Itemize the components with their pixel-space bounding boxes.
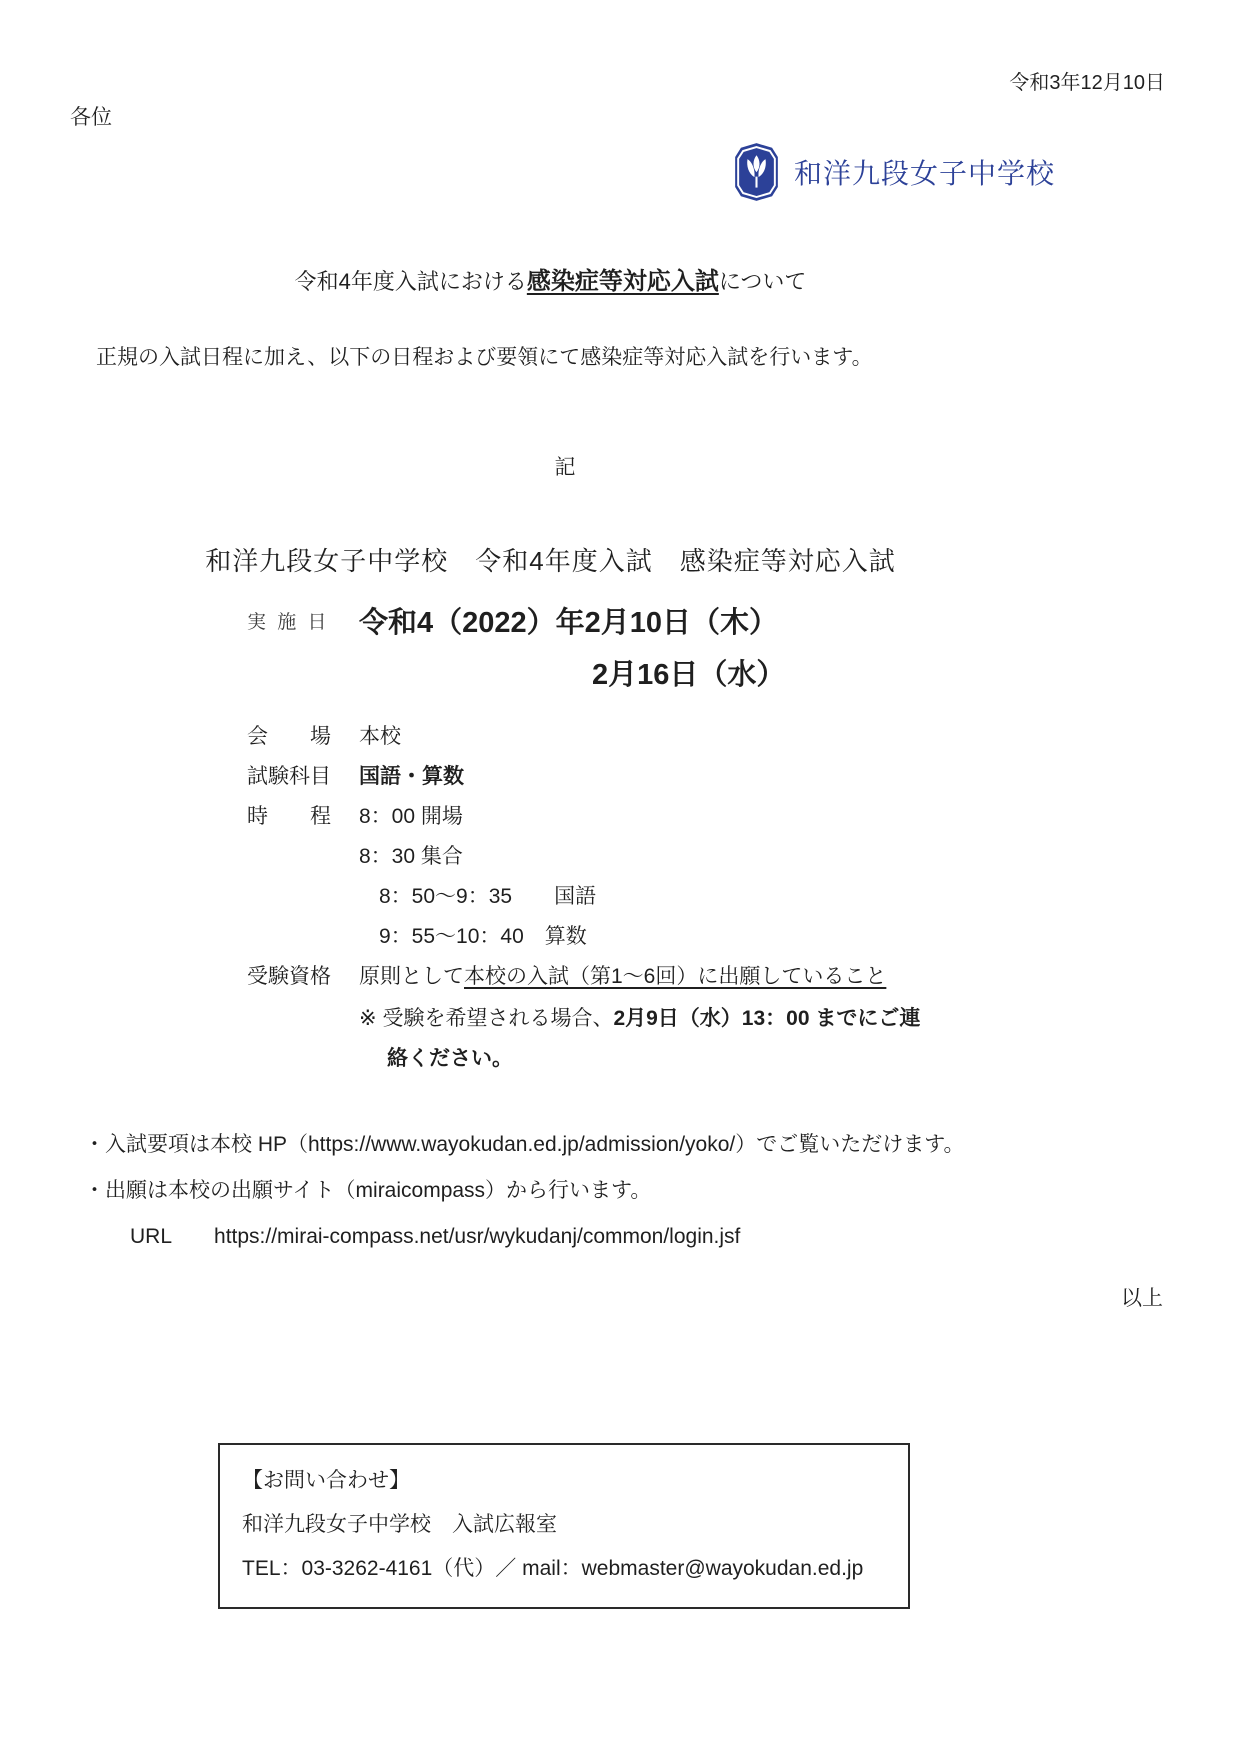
document-date: 令和3年12月10日 (1009, 66, 1165, 95)
subjects-row: 試験科目 国語・算数 (247, 757, 920, 797)
schedule-label-spacer (247, 837, 343, 877)
schedule-row: 9：55～10：40 算数 (247, 917, 920, 957)
tulip-crest-icon (733, 142, 780, 202)
footer-notes: ・入試要項は本校 HP（https://www.wayokudan.ed.jp/… (84, 1122, 965, 1260)
note-line-1: ※ 受験を希望される場合、2月9日（水）13：00 までにご連 (359, 999, 920, 1039)
closing-ijou: 以上 (1121, 1282, 1163, 1312)
exam-date-value-1: 令和4（2022）年2月10日（木） (359, 605, 778, 641)
url-value: https://mirai-compass.net/usr/wykudanj/c… (214, 1214, 740, 1260)
note-line-2: 絡ください。 (387, 1039, 920, 1079)
school-name: 和洋九段女子中学校 (794, 152, 1055, 192)
note-marker: ※ (359, 1007, 377, 1030)
qualification-label: 受験資格 (247, 957, 343, 997)
document-page: 令和3年12月10日 各位 和洋九段女子中学校 令和4年度入試における感染症等対… (0, 0, 1241, 1755)
subjects-label: 試験科目 (247, 757, 343, 797)
schedule-label-spacer (247, 877, 343, 917)
school-logo: 和洋九段女子中学校 (733, 142, 1055, 202)
url-label: URL (130, 1214, 172, 1260)
schedule-row: 時 程 8：00 開場 (247, 797, 920, 837)
schedule-label: 時 程 (247, 797, 343, 837)
qualification-underlined: 本校の入試（第1～6回）に出願していること (464, 965, 886, 988)
url-line: URL https://mirai-compass.net/usr/wykuda… (130, 1214, 965, 1260)
exam-date-value-2: 2月16日（水） (592, 657, 920, 693)
schedule-item: 9：55～10：40 算数 (379, 917, 587, 957)
contact-box: 【お問い合わせ】 和洋九段女子中学校 入試広報室 TEL：03-3262-416… (218, 1443, 910, 1609)
intro-paragraph: 正規の入試日程に加え、以下の日程および要領にて感染症等対応入試を行います。 (84, 341, 873, 371)
schedule-row: 8：30 集合 (247, 837, 920, 877)
exam-heading: 和洋九段女子中学校 令和4年度入試 感染症等対応入試 (0, 541, 1241, 578)
qualification-value: 原則として本校の入試（第1～6回）に出願していること (359, 957, 886, 997)
exam-date-row: 実 施 日 令和4（2022）年2月10日（木） (247, 603, 920, 643)
ki-marker: 記 (0, 451, 1130, 481)
venue-value: 本校 (359, 717, 401, 757)
title-suffix: について (719, 269, 807, 294)
schedule-item: 8：00 開場 (359, 797, 463, 837)
qualification-prefix: 原則として (359, 965, 464, 988)
subjects-value: 国語・算数 (359, 757, 464, 797)
schedule-item: 8：50～9：35 国語 (379, 877, 596, 917)
recipient-line: 各位 (70, 101, 112, 131)
schedule-item: 8：30 集合 (359, 837, 463, 877)
title-prefix: 令和4年度入試における (295, 269, 527, 294)
schedule-row: 8：50～9：35 国語 (247, 877, 920, 917)
footer-note-item: ・出願は本校の出願サイト（miraicompass）から行います。 (84, 1168, 965, 1214)
note-normal-text: 受験を希望される場合、 (377, 1007, 614, 1030)
qualification-row: 受験資格 原則として本校の入試（第1～6回）に出願していること (247, 957, 920, 997)
contact-department: 和洋九段女子中学校 入試広報室 (242, 1503, 886, 1547)
title-emphasis: 感染症等対応入試 (527, 268, 719, 295)
schedule-label-spacer (247, 917, 343, 957)
exam-details: 実 施 日 令和4（2022）年2月10日（木） 2月16日（水） 会 場 本校… (247, 603, 920, 1079)
venue-label: 会 場 (247, 717, 343, 757)
note-bold-text: 2月9日（水）13：00 までにご連 (613, 1007, 920, 1030)
document-title: 令和4年度入試における感染症等対応入試について (0, 261, 1241, 296)
contact-tel-mail: TEL：03-3262-4161（代）／ mail：webmaster@wayo… (242, 1547, 886, 1591)
venue-row: 会 場 本校 (247, 717, 920, 757)
exam-date-label: 実 施 日 (247, 603, 343, 643)
contact-title: 【お問い合わせ】 (242, 1459, 886, 1503)
footer-note-item: ・入試要項は本校 HP（https://www.wayokudan.ed.jp/… (84, 1122, 965, 1168)
